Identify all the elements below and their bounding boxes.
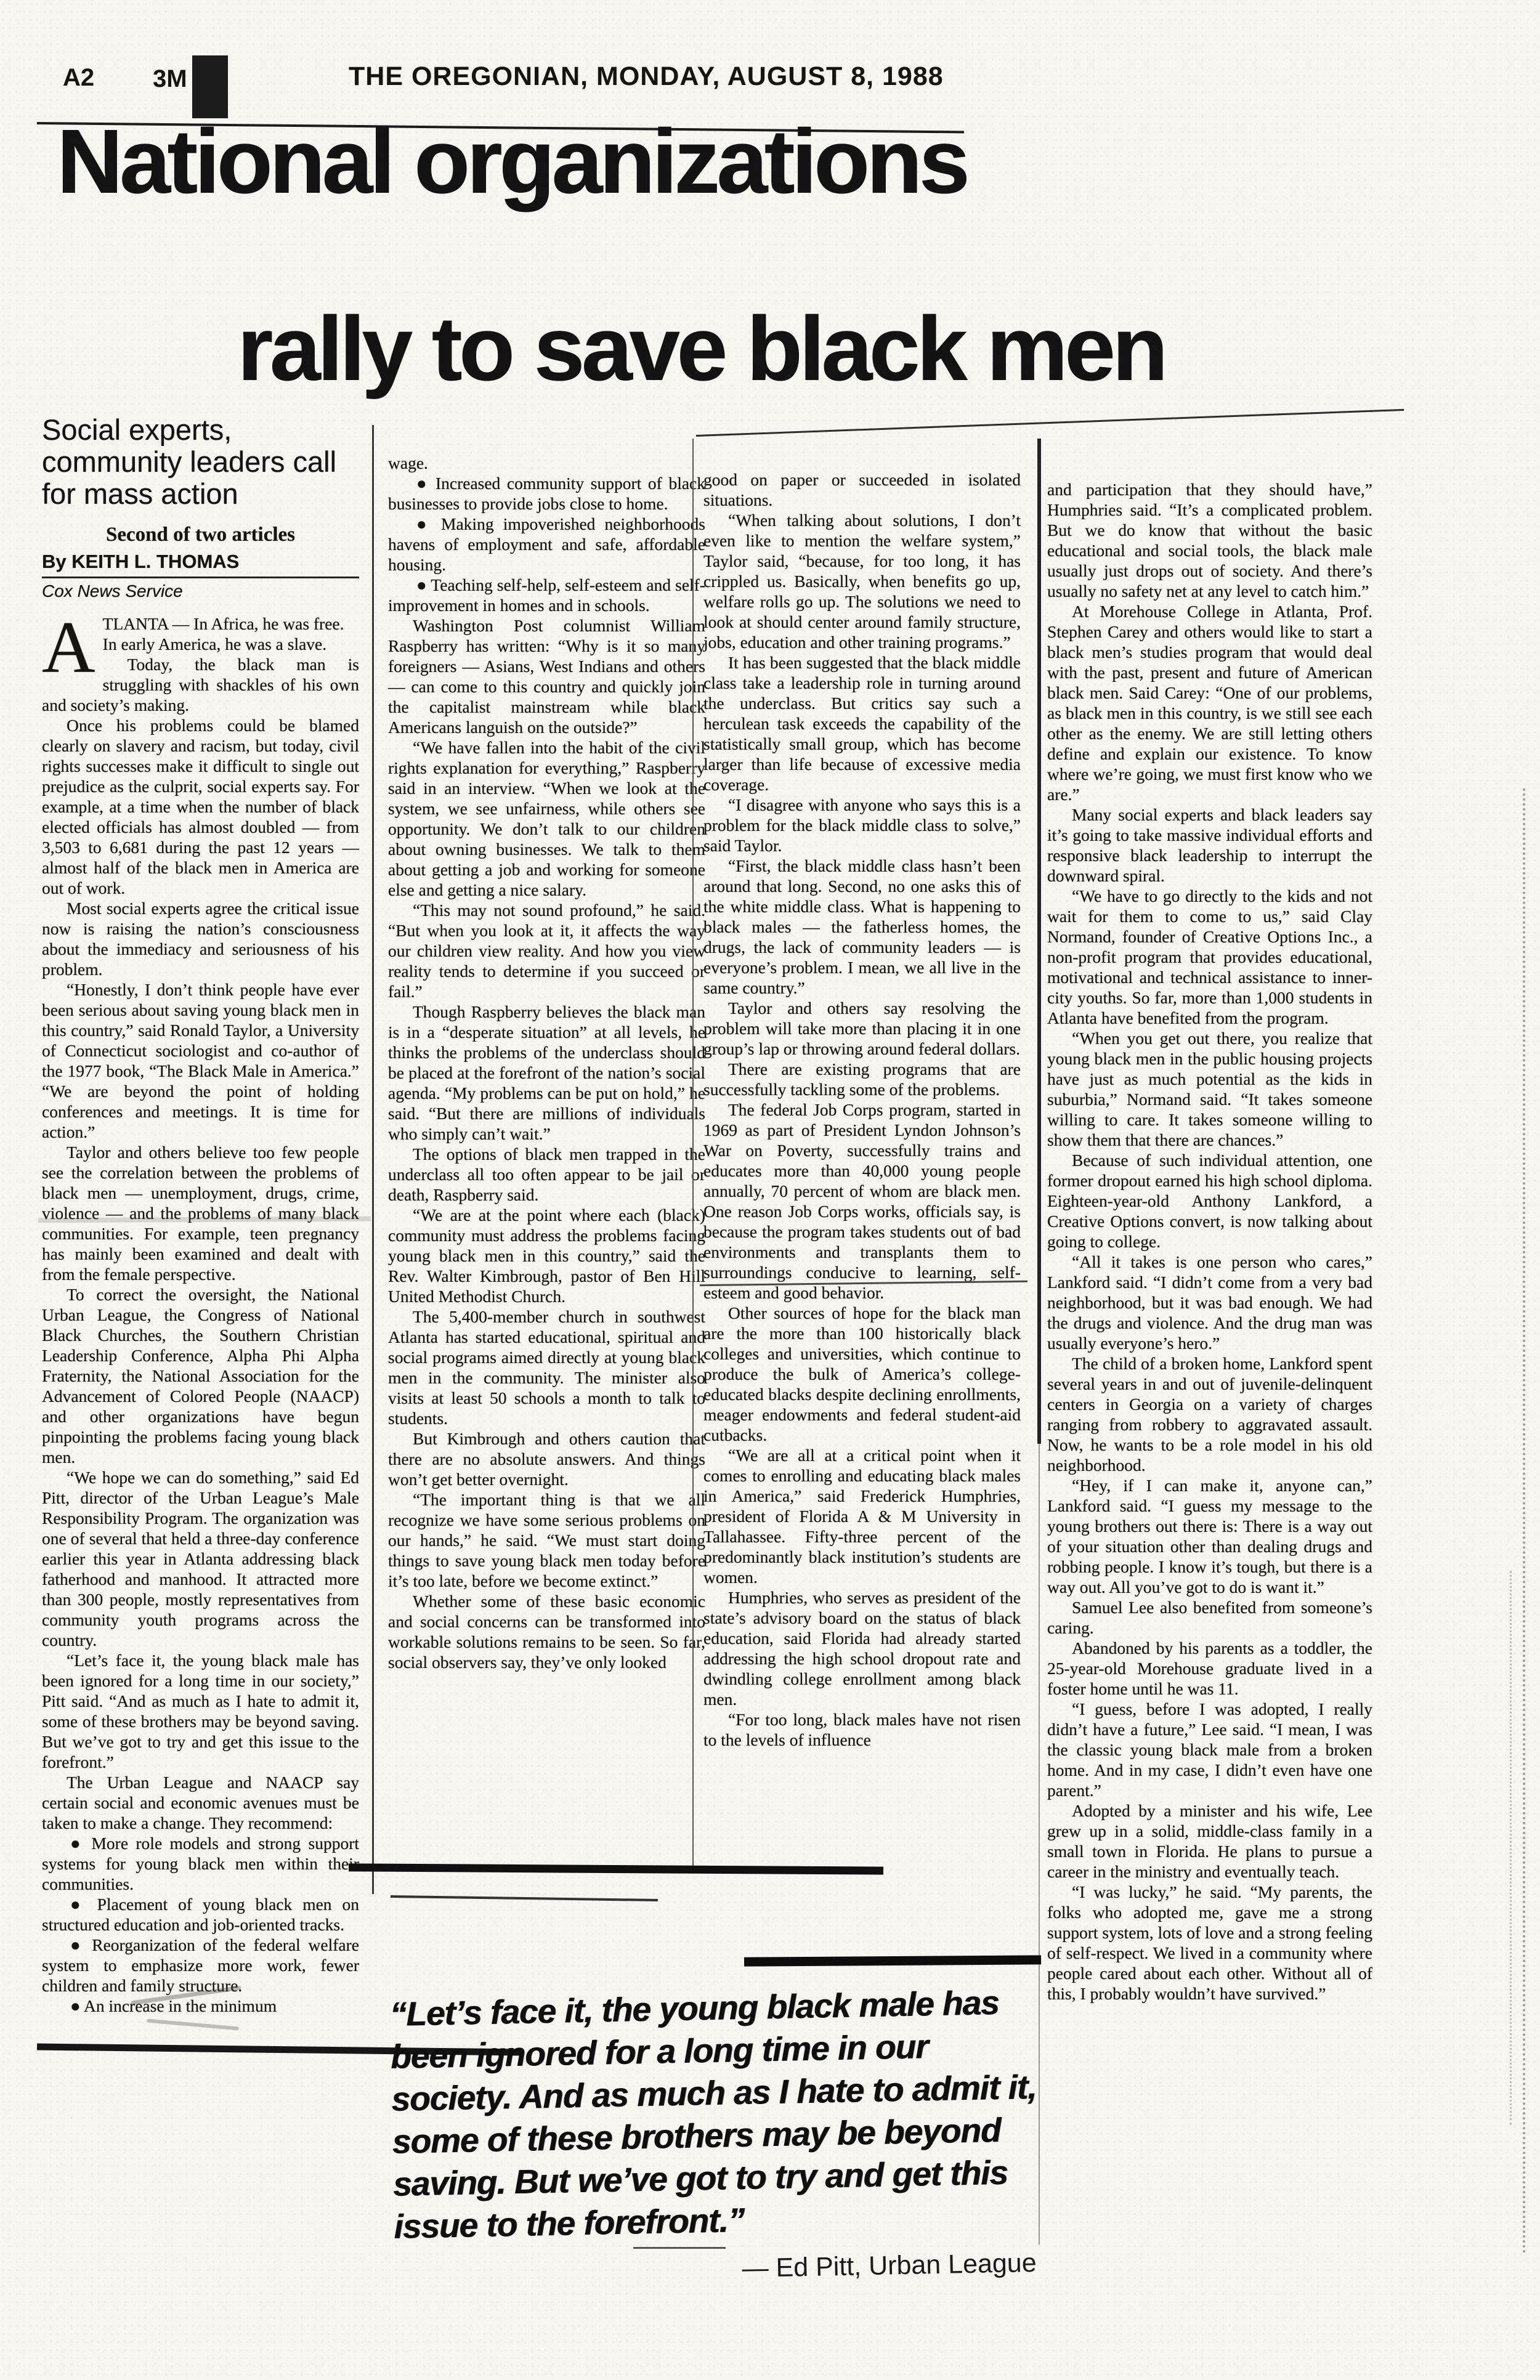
article-paragraph: “Let’s face it, the young black male has… xyxy=(42,1650,359,1772)
article-paragraph: “For too long, black males have not rise… xyxy=(703,1709,1021,1750)
article-paragraph: The 5,400-member church in southwest Atl… xyxy=(388,1306,705,1428)
article-paragraph: Abandoned by his parents as a toddler, t… xyxy=(1047,1638,1372,1699)
article-paragraph: Humphries, who serves as president of th… xyxy=(703,1587,1021,1709)
column-2-body: wage.● Increased community support of bl… xyxy=(388,453,705,1672)
article-paragraph: Because of such individual attention, on… xyxy=(1047,1150,1372,1252)
article-paragraph: But Kimbrough and others caution that th… xyxy=(388,1428,705,1489)
pull-quote: “Let’s face it, the young black male has… xyxy=(389,1981,1045,2291)
article-paragraph: “The important thing is that we all reco… xyxy=(388,1489,705,1591)
column-4: and participation that they should have,… xyxy=(1047,479,1372,2004)
article-paragraph: The options of black men trapped in the … xyxy=(388,1144,705,1205)
byline: By KEITH L. THOMAS xyxy=(42,551,359,572)
article-paragraph: At Morehouse College in Atlanta, Prof. S… xyxy=(1047,601,1372,804)
column-divider-2 xyxy=(692,439,694,1871)
column-2: wage.● Increased community support of bl… xyxy=(388,453,705,1672)
pull-quote-attribution: — Ed Pitt, Urban League xyxy=(394,2248,1037,2291)
column-3: good on paper or succeeded in isolated s… xyxy=(703,469,1021,1750)
story-end-bar-left xyxy=(349,1863,883,1874)
column-1: Social experts, community leaders call f… xyxy=(42,414,359,2016)
article-paragraph: “First, the black middle class hasn’t be… xyxy=(703,856,1021,998)
article-paragraph: Other sources of hope for the black man … xyxy=(703,1303,1021,1445)
byline-rule xyxy=(42,577,359,578)
article-paragraph: The Urban League and NAACP say certain s… xyxy=(42,1772,359,1833)
pull-quote-top-rule xyxy=(391,1895,658,1901)
story-end-bar-right xyxy=(744,1955,1041,1966)
article-paragraph: To correct the oversight, the National U… xyxy=(42,1284,359,1467)
page-number: A2 xyxy=(63,64,94,92)
headline-line-1: National organizations xyxy=(57,110,967,214)
article-paragraph: Whether some of these basic economic and… xyxy=(388,1591,705,1672)
scan-edge-noise xyxy=(1510,1571,1512,2125)
masthead: THE OREGONIAN, MONDAY, AUGUST 8, 1988 xyxy=(349,62,944,92)
headline-line-2: rally to save black men xyxy=(237,297,1165,402)
lead-text: TLANTA — In Africa, he was free. xyxy=(103,614,344,633)
article-paragraph: good on paper or succeeded in isolated s… xyxy=(703,469,1021,510)
article-paragraph: “When talking about solutions, I don’t e… xyxy=(703,510,1021,652)
article-paragraph: “We are all at a critical point when it … xyxy=(703,1445,1021,1587)
article-paragraph: “Hey, if I can make it, anyone can,” Lan… xyxy=(1047,1475,1372,1597)
article-paragraph: “We are at the point where each (black) … xyxy=(388,1205,705,1306)
article-paragraph: “I disagree with anyone who says this is… xyxy=(703,795,1021,856)
lead-paragraph: ATLANTA — In Africa, he was free. xyxy=(42,613,359,634)
article-paragraph: “Honestly, I don’t think people have eve… xyxy=(42,979,359,1142)
column-1-body: Today, the black man is struggling with … xyxy=(42,654,359,2016)
article-paragraph: and participation that they should have,… xyxy=(1047,479,1372,601)
article-paragraph: Once his problems could be blamed clearl… xyxy=(42,715,359,898)
article-paragraph: “I guess, before I was adopted, I really… xyxy=(1047,1699,1372,1800)
article-paragraph: ● Teaching self-help, self-esteem and se… xyxy=(388,575,705,615)
article-paragraph: It has been suggested that the black mid… xyxy=(703,652,1021,795)
article-paragraph: ● Placement of young black men on struct… xyxy=(42,1894,359,1935)
article-paragraph: “I was lucky,” he said. “My parents, the… xyxy=(1047,1882,1372,2004)
scan-smudge xyxy=(147,2018,239,2030)
article-paragraph: “We have fallen into the habit of the ci… xyxy=(388,737,705,900)
article-paragraph: Most social experts agree the critical i… xyxy=(42,898,359,979)
drop-cap: A xyxy=(42,613,103,676)
column-divider-3 xyxy=(1037,439,1041,1444)
article-paragraph: “This may not sound profound,” he said. … xyxy=(388,900,705,1002)
article-paragraph: Though Raspberry believes the black man … xyxy=(388,1002,705,1144)
article-paragraph: Adopted by a minister and his wife, Lee … xyxy=(1047,1800,1372,1882)
article-paragraph: Taylor and others believe too few people… xyxy=(42,1142,359,1284)
article-paragraph: “We hope we can do something,” said Ed P… xyxy=(42,1467,359,1650)
article-paragraph: wage. xyxy=(388,453,705,473)
article-paragraph: “When you get out there, you realize tha… xyxy=(1047,1028,1372,1150)
article-paragraph: ● More role models and strong support sy… xyxy=(42,1833,359,1894)
article-paragraph: ● Making impoverished neighborhoods have… xyxy=(388,514,705,575)
article-paragraph: Samuel Lee also benefited from someone’s… xyxy=(1047,1597,1372,1638)
newspaper-scan-page: { "page": { "page_number": "A2", "editio… xyxy=(0,0,1540,2380)
pull-quote-text: “Let’s face it, the young black male has… xyxy=(389,1981,1045,2248)
news-service-credit: Cox News Service xyxy=(42,581,359,601)
column-divider-1 xyxy=(372,425,374,1894)
article-subhead: Social experts, community leaders call f… xyxy=(42,414,359,510)
article-paragraph: There are existing programs that are suc… xyxy=(703,1059,1021,1099)
article-paragraph: “All it takes is one person who cares,” … xyxy=(1047,1252,1372,1353)
edition-mark: 3M xyxy=(153,65,187,93)
article-paragraph: The child of a broken home, Lankford spe… xyxy=(1047,1353,1372,1475)
article-paragraph: Washington Post columnist William Raspbe… xyxy=(388,615,705,737)
article-paragraph: Many social experts and black leaders sa… xyxy=(1047,804,1372,886)
column-4-body: and participation that they should have,… xyxy=(1047,479,1372,2004)
article-paragraph: ● Increased community support of black b… xyxy=(388,473,705,514)
article-paragraph: ● Reorganization of the federal welfare … xyxy=(42,1935,359,1996)
series-kicker: Second of two articles xyxy=(42,525,359,545)
article-paragraph: Taylor and others say resolving the prob… xyxy=(703,998,1021,1059)
edition-marker-box-icon xyxy=(192,55,228,118)
scan-edge-noise xyxy=(1523,788,1525,2254)
article-paragraph: ● An increase in the minimum xyxy=(42,1996,359,2016)
article-paragraph: The federal Job Corps program, started i… xyxy=(703,1099,1021,1303)
article-paragraph: “We have to go directly to the kids and … xyxy=(1047,886,1372,1028)
headline-underline-rule xyxy=(696,409,1404,437)
column-3-body: good on paper or succeeded in isolated s… xyxy=(703,469,1021,1750)
